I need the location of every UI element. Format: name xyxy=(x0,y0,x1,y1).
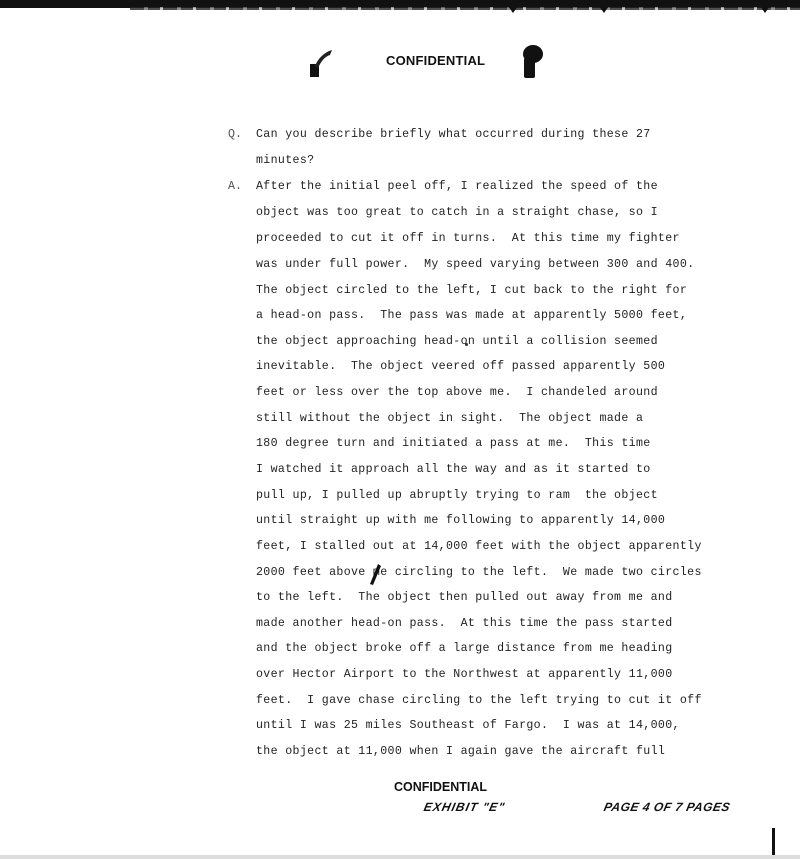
answer-line: and the object broke off a large distanc… xyxy=(256,642,673,655)
scan-bottom-edge xyxy=(0,855,800,859)
scan-edge-mark xyxy=(772,828,775,858)
exhibit-label: EXHIBIT "E" xyxy=(423,800,507,814)
answer-line: the object at 11,000 when I again gave t… xyxy=(256,745,665,758)
question-line: Can you describe briefly what occurred d… xyxy=(256,128,651,141)
punch-notch xyxy=(599,6,609,13)
answer-line: The object circled to the left, I cut ba… xyxy=(256,284,687,297)
answer-line: a head-on pass. The pass was made at app… xyxy=(256,309,687,322)
answer-line: inevitable. The object veered off passed… xyxy=(256,360,665,373)
answer-line: until straight up with me following to a… xyxy=(256,514,665,527)
answer-line: I watched it approach all the way and as… xyxy=(256,463,651,476)
confidential-header-stamp: CONFIDENTIAL xyxy=(386,53,485,68)
answer-line: object was too great to catch in a strai… xyxy=(256,206,658,219)
redaction-mark-left xyxy=(309,48,333,78)
answer-line: feet, I stalled out at 14,000 feet with … xyxy=(256,540,702,553)
answer-line: feet or less over the top above me. I ch… xyxy=(256,386,658,399)
scan-speck xyxy=(465,343,468,346)
answer-line: feet. I gave chase circling to the left … xyxy=(256,694,702,707)
answer-line: After the initial peel off, I realized t… xyxy=(256,180,658,193)
answer-line: made another head-on pass. At this time … xyxy=(256,617,673,630)
page-number-label: PAGE 4 OF 7 PAGES xyxy=(603,800,732,814)
pen-mark xyxy=(368,564,382,586)
answer-line: proceeded to cut it off in turns. At thi… xyxy=(256,232,680,245)
answer-line: to the left. The object then pulled out … xyxy=(256,591,673,604)
answer-line: the object approaching head-on until a c… xyxy=(256,335,658,348)
answer-line: 2000 feet above me circling to the left.… xyxy=(256,566,702,579)
answer-line: pull up, I pulled up abruptly trying to … xyxy=(256,489,658,502)
redaction-mark-right xyxy=(518,44,544,80)
scan-top-border xyxy=(130,7,800,10)
answer-line: still without the object in sight. The o… xyxy=(256,412,643,425)
confidential-footer-stamp: CONFIDENTIAL xyxy=(394,780,487,794)
question-line: minutes? xyxy=(256,154,314,167)
question-number: Q. xyxy=(228,128,242,141)
answer-line: until I was 25 miles Southeast of Fargo.… xyxy=(256,719,680,732)
punch-notch xyxy=(508,6,518,13)
answer-line: 180 degree turn and initiated a pass at … xyxy=(256,437,651,450)
punch-notch xyxy=(760,6,770,13)
answer-number: A. xyxy=(228,180,242,193)
answer-line: was under full power. My speed varying b… xyxy=(256,258,694,271)
answer-line: over Hector Airport to the Northwest at … xyxy=(256,668,673,681)
